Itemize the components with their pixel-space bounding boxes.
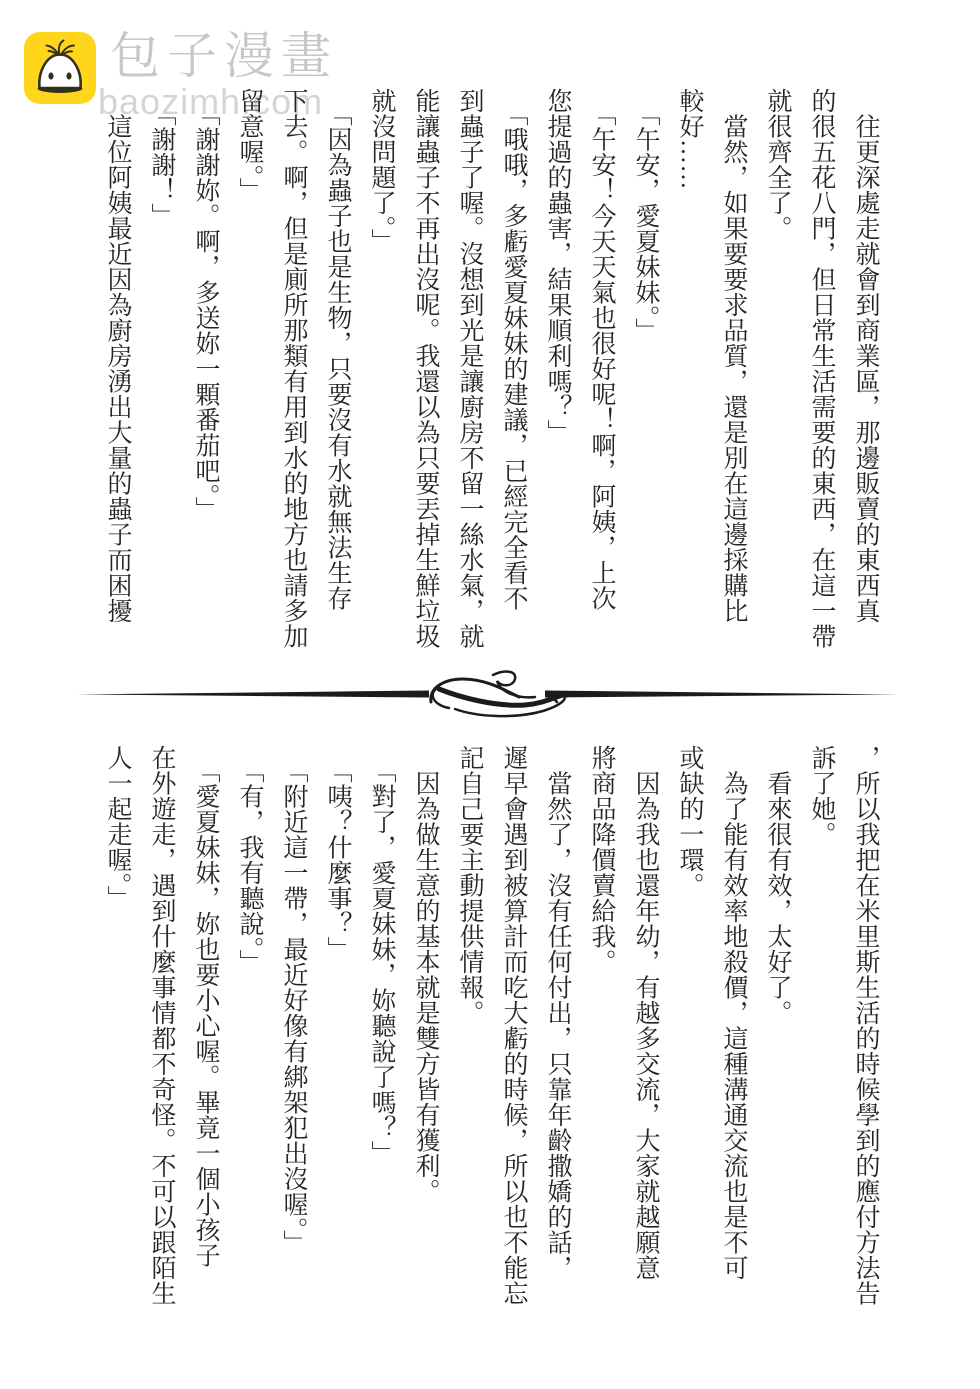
- text-column: 訴了她。: [799, 745, 843, 1306]
- novel-page: 包子漫畫 baozimh.com 往更深處走就會到商業區，那邊販賣的東西真 的很…: [0, 0, 980, 1389]
- watermark-site-name: 包子漫畫: [110, 30, 338, 83]
- text-column: 「附近這一帶，最近好像有綁架犯出沒喔。」: [271, 745, 315, 1306]
- text-column: 遲早會遇到被算計而吃大虧的時候，所以也不能忘: [491, 745, 535, 1306]
- text-column: 「謝謝！」: [139, 88, 183, 649]
- text-column: 「謝謝妳。啊，多送妳一顆番茄吧。」: [183, 88, 227, 649]
- text-column: 當然，如果要要求品質，還是別在這邊採購比: [711, 88, 755, 649]
- text-column: 「因為蟲子也是生物，只要沒有水就無法生存: [315, 88, 359, 649]
- text-column: 因為我也還年幼，有越多交流，大家就越願意: [623, 745, 667, 1306]
- text-column: 因為做生意的基本就是雙方皆有獲利。: [403, 745, 447, 1306]
- text-column: 「對了，愛夏妹妹，妳聽說了嗎？」: [359, 745, 403, 1306]
- baozi-logo-icon: [24, 32, 96, 104]
- bottom-text-block: ，所以我把在米里斯生活的時候學到的應付方法告 訴了她。 看來很有效，太好了。 為…: [95, 745, 887, 1306]
- text-column: 的很五花八門，但日常生活需要的東西，在這一帶: [799, 88, 843, 649]
- text-column: 往更深處走就會到商業區，那邊販賣的東西真: [843, 88, 887, 649]
- text-column: 將商品降價賣給我。: [579, 745, 623, 1306]
- text-column: 或缺的一環。: [667, 745, 711, 1306]
- text-column: 看來很有效，太好了。: [755, 745, 799, 1306]
- text-column: 就很齊全了。: [755, 88, 799, 649]
- text-column: 到蟲子了喔。沒想到光是讓廚房不留一絲水氣，就: [447, 88, 491, 649]
- text-column: 下去。啊，但是廁所那類有用到水的地方也請多加: [271, 88, 315, 649]
- text-column: 記自己要主動提供情報。: [447, 745, 491, 1306]
- text-column: 人一起走喔。」: [95, 745, 139, 1306]
- text-column: 「有，我有聽說。」: [227, 745, 271, 1306]
- text-column: 為了能有效率地殺價，這種溝通交流也是不可: [711, 745, 755, 1306]
- text-column: 較好……: [667, 88, 711, 649]
- text-column: 在外遊走，遇到什麼事情都不奇怪。不可以跟陌生: [139, 745, 183, 1306]
- text-column: 您提過的蟲害，結果順利嗎？」: [535, 88, 579, 649]
- text-column: 這位阿姨最近因為廚房湧出大量的蟲子而困擾: [95, 88, 139, 649]
- top-text-block: 往更深處走就會到商業區，那邊販賣的東西真 的很五花八門，但日常生活需要的東西，在…: [95, 88, 887, 649]
- text-column: 「午安！今天天氣也很好呢！啊，阿姨，上次: [579, 88, 623, 649]
- text-column: 「哦哦，多虧愛夏妹妹的建議，已經完全看不: [491, 88, 535, 649]
- text-column: ，所以我把在米里斯生活的時候學到的應付方法告: [843, 745, 887, 1306]
- text-column: 「午安，愛夏妹妹。」: [623, 88, 667, 649]
- text-column: 當然了，沒有任何付出，只靠年齡撒嬌的話，: [535, 745, 579, 1306]
- text-column: 就沒問題了。」: [359, 88, 403, 649]
- text-column: 留意喔。」: [227, 88, 271, 649]
- text-column: 能讓蟲子不再出沒呢。我還以為只要丟掉生鮮垃圾: [403, 88, 447, 649]
- text-column: 「咦？什麼事？」: [315, 745, 359, 1306]
- section-divider-flourish-icon: [57, 645, 917, 745]
- text-column: 「愛夏妹妹，妳也要小心喔。畢竟一個小孩子: [183, 745, 227, 1306]
